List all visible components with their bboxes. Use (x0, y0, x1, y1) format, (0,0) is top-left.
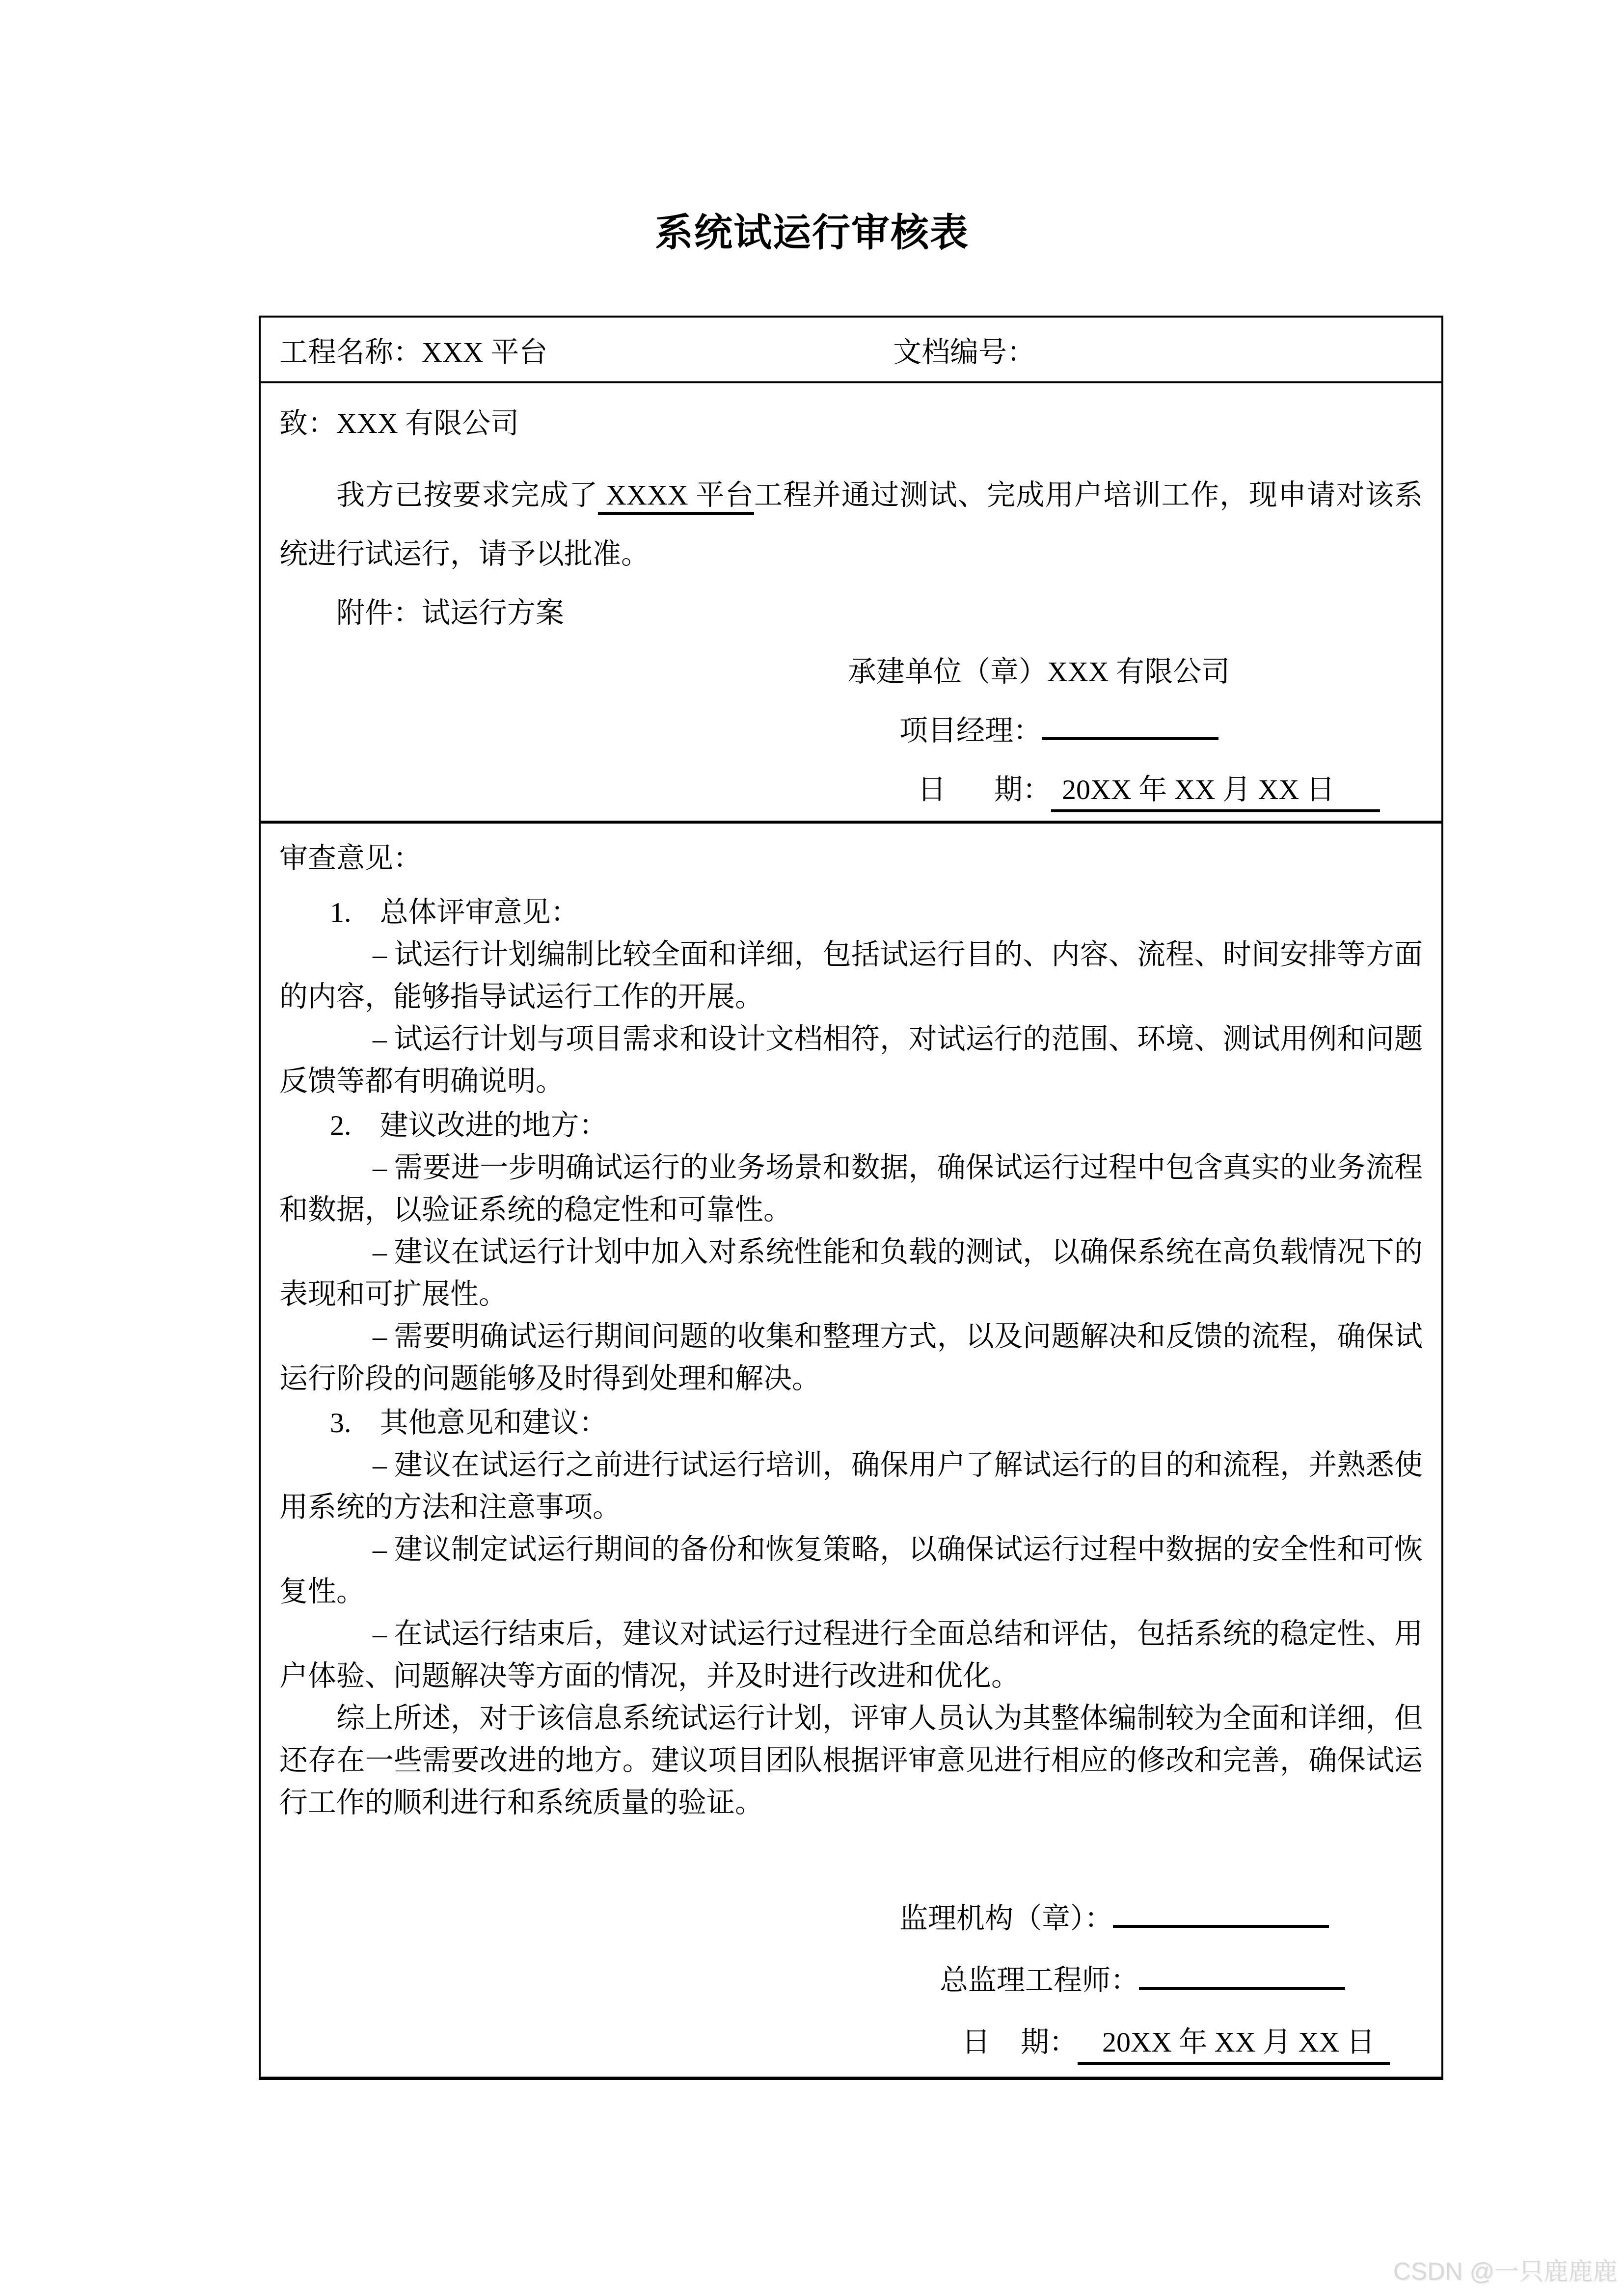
review-section: 审查意见： 1. 总体评审意见： – 试运行计划编制比较全面和详细，包括试运行目… (261, 824, 1441, 2077)
org-blank-line (1113, 1899, 1329, 1928)
org-label: 监理机构（章）： (899, 1902, 1113, 1934)
date-word-period: 期： (1021, 2026, 1078, 2058)
review-date-underline: 20XX 年 XX 月 XX 日 (1078, 2026, 1390, 2065)
date-word-day: 日 (918, 774, 946, 805)
review-item: – 试运行计划编制比较全面和详细，包括试运行目的、内容、流程、时间安排等方面的内… (279, 934, 1423, 1018)
pm-label: 项目经理： (899, 715, 1042, 747)
document-page: 系统试运行审核表 工程名称：XXX 平台 文档编号： 致：XXX 有限公司 我方… (0, 0, 1624, 2296)
attachment-line: 附件：试运行方案 (279, 584, 1423, 642)
chief-blank-line (1139, 1961, 1345, 1990)
org-signature-line: 监理机构（章）： (279, 1888, 1423, 1949)
underlined-project-name: XXXX 平台 (598, 479, 754, 515)
review-section-title-2: 2. 建议改进的地方： (279, 1104, 1423, 1147)
summary-paragraph: 综上所述，对于该信息系统试运行计划，评审人员认为其整体编制较为全面和详细，但还存… (279, 1697, 1423, 1824)
review-item: – 试运行计划与项目需求和设计文档相符，对试运行的范围、环境、测试用例和问题反馈… (279, 1018, 1423, 1102)
review-item: – 需要明确试运行期间问题的收集和整理方式，以及问题解决和反馈的流程，确保试运行… (279, 1315, 1423, 1400)
review-signature-block: 监理机构（章）： 总监理工程师： 日期：20XX 年 XX 月 XX 日 (279, 1888, 1423, 2073)
page-title: 系统试运行审核表 (0, 206, 1624, 260)
review-section-title-3: 3. 其他意见和建议： (279, 1402, 1423, 1444)
request-date-underline: 20XX 年 XX 月 XX 日 (1051, 774, 1380, 812)
review-heading: 审查意见： (279, 837, 1423, 880)
pm-signature-line: 项目经理： (279, 701, 1423, 760)
request-date-line: 日期：20XX 年 XX 月 XX 日 (279, 760, 1423, 819)
request-paragraph: 我方已按要求完成了 XXXX 平台工程并通过测试、完成用户培训工作，现申请对该系… (279, 466, 1423, 584)
to-line: 致：XXX 有限公司 (279, 394, 1423, 453)
chief-signature-line: 总监理工程师： (279, 1949, 1423, 2011)
review-date-line: 日期：20XX 年 XX 月 XX 日 (279, 2011, 1423, 2073)
review-item: – 建议在试运行计划中加入对系统性能和负载的测试，以确保系统在高负载情况下的表现… (279, 1231, 1423, 1315)
review-item: – 建议在试运行之前进行试运行培训，确保用户了解试运行的目的和流程，并熟悉使用系… (279, 1444, 1423, 1528)
review-item: – 需要进一步明确试运行的业务场景和数据，确保试运行过程中包含真实的业务流程和数… (279, 1147, 1423, 1231)
chief-label: 总监理工程师： (940, 1964, 1139, 1996)
csdn-watermark: CSDN @一只鹿鹿鹿 (1393, 2252, 1617, 2287)
doc-number-label: 文档编号： (893, 329, 1035, 370)
date-word-period: 期： (994, 774, 1051, 805)
contractor-signature-line: 承建单位（章）XXX 有限公司 (279, 642, 1423, 701)
review-item: – 建议制定试运行期间的备份和恢复策略，以确保试运行过程中数据的安全性和可恢复性… (279, 1528, 1423, 1613)
review-section-title-1: 1. 总体评审意见： (279, 891, 1423, 934)
request-section: 致：XXX 有限公司 我方已按要求完成了 XXXX 平台工程并通过测试、完成用户… (261, 383, 1441, 824)
project-name-label: 工程名称：XXX 平台 (279, 329, 547, 370)
date-word-day: 日 (962, 2026, 990, 2058)
form-table: 工程名称：XXX 平台 文档编号： 致：XXX 有限公司 我方已按要求完成了 X… (259, 316, 1443, 2080)
request-paragraph-prefix: 我方已按要求完成了 (336, 479, 598, 511)
pm-blank-line (1042, 712, 1218, 740)
review-item: – 在试运行结束后，建议对试运行过程进行全面总结和评估，包括系统的稳定性、用户体… (279, 1613, 1423, 1697)
header-row: 工程名称：XXX 平台 文档编号： (261, 318, 1441, 383)
